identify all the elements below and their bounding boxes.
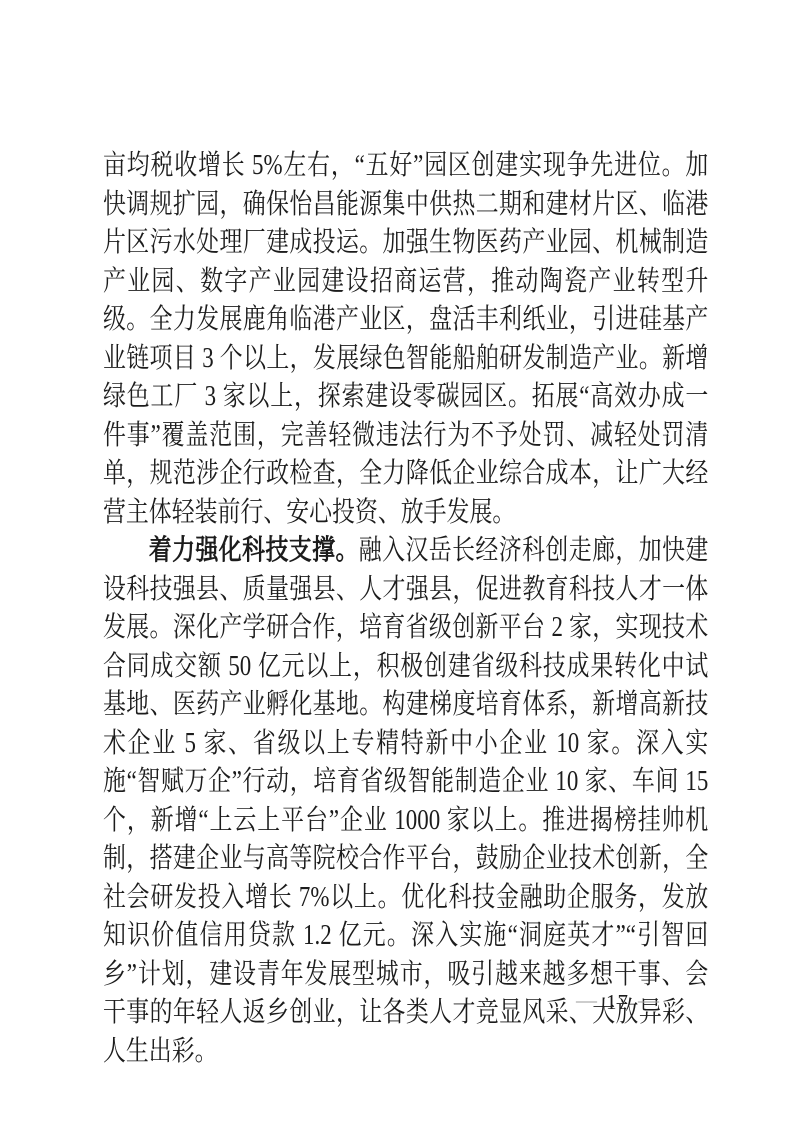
paragraph-body: 亩均税收增长 5%左右，“五好”园区创建实现争先进位。加快调规扩园，确保怡昌能源… (103, 150, 708, 528)
paragraph-industry: 亩均税收增长 5%左右，“五好”园区创建实现争先进位。加快调规扩园，确保怡昌能源… (103, 147, 708, 532)
footer-dash-left: — (576, 988, 597, 1012)
page-footer: — 17 — (576, 990, 659, 1014)
document-page: 亩均税收增长 5%左右，“五好”园区创建实现争先进位。加快调规扩园，确保怡昌能源… (0, 0, 794, 1122)
footer-dash-right: — (638, 988, 659, 1012)
text-block: 亩均税收增长 5%左右，“五好”园区创建实现争先进位。加快调规扩园，确保怡昌能源… (103, 147, 708, 1071)
paragraph-body: 融入汉岳长经济科创走廊，加快建设科技强县、质量强县、人才强县，促进教育科技人才一… (103, 535, 708, 1067)
footer-page-number: 17 (606, 990, 629, 1014)
paragraph-bold-lead: 着力强化科技支撑。 (149, 535, 359, 566)
